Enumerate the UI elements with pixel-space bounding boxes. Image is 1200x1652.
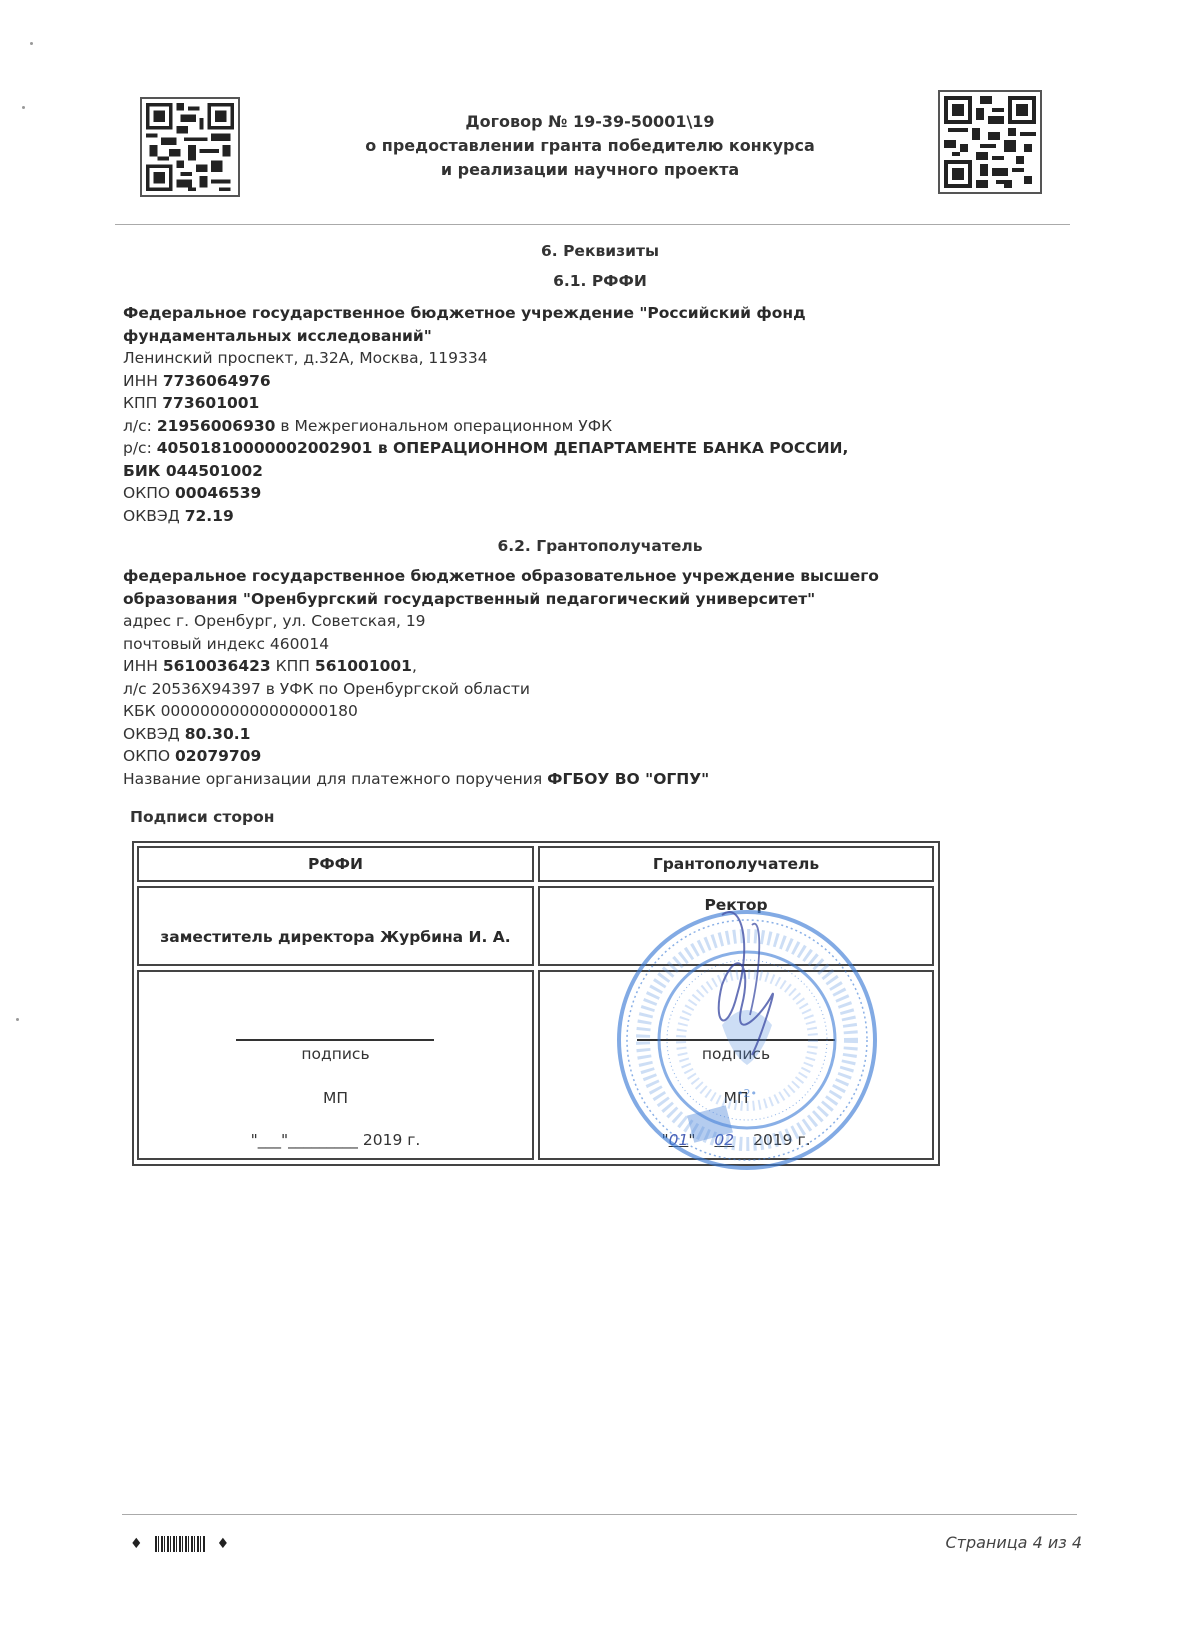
grantee-ls: л/с 20536Х94397 в УФК по Оренбургской об… bbox=[123, 678, 879, 701]
rffi-org-name-1: Федеральное государственное бюджетное уч… bbox=[123, 302, 848, 325]
okpo-value: 00046539 bbox=[175, 484, 261, 502]
inn-value: 5610036423 bbox=[163, 657, 271, 675]
kpp-label: КПП bbox=[276, 657, 310, 675]
grantee-address: адрес г. Оренбург, ул. Советская, 19 bbox=[123, 610, 879, 633]
barcode-icon bbox=[155, 1536, 205, 1552]
kpp-value: 773601001 bbox=[162, 394, 259, 412]
signature-line bbox=[637, 1039, 835, 1041]
grantee-kbk: КБК 00000000000000000180 bbox=[123, 700, 879, 723]
grantee-postal: почтовый индекс 460014 bbox=[123, 633, 879, 656]
scan-speck bbox=[16, 1018, 19, 1021]
date-day: 01 bbox=[669, 1131, 689, 1149]
grantee-okpo: ОКПО 02079709 bbox=[123, 745, 879, 768]
grantee-org-name-1: федеральное государственное бюджетное об… bbox=[123, 565, 879, 588]
rffi-signatory: заместитель директора Журбина И. А. bbox=[139, 928, 532, 946]
footer-divider bbox=[122, 1514, 1077, 1515]
grantee-signatory-cell: Ректор bbox=[538, 886, 934, 966]
ls-label: л/с: bbox=[123, 417, 152, 435]
rffi-ls: л/с: 21956006930 в Межрегиональном опера… bbox=[123, 415, 848, 438]
diamond-icon: ♦ bbox=[217, 1536, 230, 1552]
signature-label: подпись bbox=[540, 1045, 932, 1063]
rffi-okpo: ОКПО 00046539 bbox=[123, 482, 848, 505]
signatures-table: РФФИ Грантополучатель заместитель директ… bbox=[132, 841, 940, 1166]
qr-code-right bbox=[938, 90, 1042, 194]
signature-line bbox=[236, 1039, 434, 1041]
subsection-title-grantee: 6.2. Грантополучатель bbox=[0, 537, 1200, 555]
date-year: 2019 г. bbox=[753, 1131, 810, 1149]
rffi-requisites: Федеральное государственное бюджетное уч… bbox=[123, 302, 848, 527]
grantee-payment-name: Название организации для платежного пору… bbox=[123, 768, 879, 791]
subsection-title-rffi: 6.1. РФФИ bbox=[0, 272, 1200, 290]
document-title: Договор № 19-39-50001\19 о предоставлени… bbox=[250, 110, 930, 182]
rffi-kpp: КПП 773601001 bbox=[123, 392, 848, 415]
grantee-signatory: Ректор bbox=[540, 896, 932, 914]
grantee-signature-cell: подпись МП "01" 02 2019 г. bbox=[538, 970, 934, 1160]
header-label: Грантополучатель bbox=[540, 855, 932, 873]
rffi-signature-cell: подпись МП "___"_________ 2019 г. bbox=[137, 970, 534, 1160]
grantee-inn-kpp: ИНН 5610036423 КПП 561001001, bbox=[123, 655, 879, 678]
scan-speck bbox=[22, 106, 25, 109]
table-header-rffi: РФФИ bbox=[137, 846, 534, 882]
header-label: РФФИ bbox=[139, 855, 532, 873]
grantee-requisites: федеральное государственное бюджетное об… bbox=[123, 565, 879, 790]
okpo-label: ОКПО bbox=[123, 747, 170, 765]
title-line-2: о предоставлении гранта победителю конку… bbox=[250, 134, 930, 158]
seal-label: МП bbox=[540, 1089, 932, 1107]
okved-value: 80.30.1 bbox=[185, 725, 251, 743]
okpo-value: 02079709 bbox=[175, 747, 261, 765]
section-title: 6. Реквизиты bbox=[0, 242, 1200, 260]
seal-label: МП bbox=[139, 1089, 532, 1107]
ls-suffix: в Межрегиональном операционном УФК bbox=[280, 417, 612, 435]
rffi-okved: ОКВЭД 72.19 bbox=[123, 505, 848, 528]
rs-label: р/с: bbox=[123, 439, 152, 457]
date-month: 02 bbox=[700, 1131, 748, 1149]
kpp-value: 561001001 bbox=[315, 657, 412, 675]
payment-name-value: ФГБОУ ВО "ОГПУ" bbox=[547, 770, 709, 788]
rffi-address: Ленинский проспект, д.32А, Москва, 11933… bbox=[123, 347, 848, 370]
rffi-inn: ИНН 7736064976 bbox=[123, 370, 848, 393]
inn-label: ИНН bbox=[123, 372, 158, 390]
grantee-okved: ОКВЭД 80.30.1 bbox=[123, 723, 879, 746]
okpo-label: ОКПО bbox=[123, 484, 170, 502]
title-line-3: и реализации научного проекта bbox=[250, 158, 930, 182]
okved-label: ОКВЭД bbox=[123, 725, 180, 743]
inn-value: 7736064976 bbox=[163, 372, 271, 390]
ls-value: 21956006930 bbox=[157, 417, 276, 435]
rffi-org-name-2: фундаментальных исследований" bbox=[123, 325, 848, 348]
diamond-icon: ♦ bbox=[130, 1536, 143, 1552]
date-field: "___"_________ 2019 г. bbox=[139, 1131, 532, 1149]
okved-label: ОКВЭД bbox=[123, 507, 180, 525]
kpp-label: КПП bbox=[123, 394, 157, 412]
inn-label: ИНН bbox=[123, 657, 158, 675]
qr-code-left bbox=[140, 97, 240, 197]
scan-speck bbox=[30, 42, 33, 45]
header-divider bbox=[115, 224, 1070, 225]
rffi-rs: р/с: 40501810000002002901 в ОПЕРАЦИОННОМ… bbox=[123, 437, 848, 460]
signature-label: подпись bbox=[139, 1045, 532, 1063]
footer-barcode-mark: ♦ ♦ bbox=[130, 1536, 229, 1552]
page-number: Страница 4 из 4 bbox=[945, 1533, 1082, 1552]
kpp-suffix: , bbox=[412, 657, 417, 675]
okved-value: 72.19 bbox=[185, 507, 234, 525]
title-line-1: Договор № 19-39-50001\19 bbox=[250, 110, 930, 134]
rffi-signatory-cell: заместитель директора Журбина И. А. bbox=[137, 886, 534, 966]
rffi-bik: БИК 044501002 bbox=[123, 460, 848, 483]
table-header-grantee: Грантополучатель bbox=[538, 846, 934, 882]
signatures-heading: Подписи сторон bbox=[130, 808, 274, 826]
rs-value: 40501810000002002901 в ОПЕРАЦИОННОМ ДЕПА… bbox=[157, 439, 849, 457]
payment-name-label: Название организации для платежного пору… bbox=[123, 770, 542, 788]
date-field: "01" 02 2019 г. bbox=[540, 1131, 932, 1149]
grantee-org-name-2: образования "Оренбургский государственны… bbox=[123, 588, 879, 611]
